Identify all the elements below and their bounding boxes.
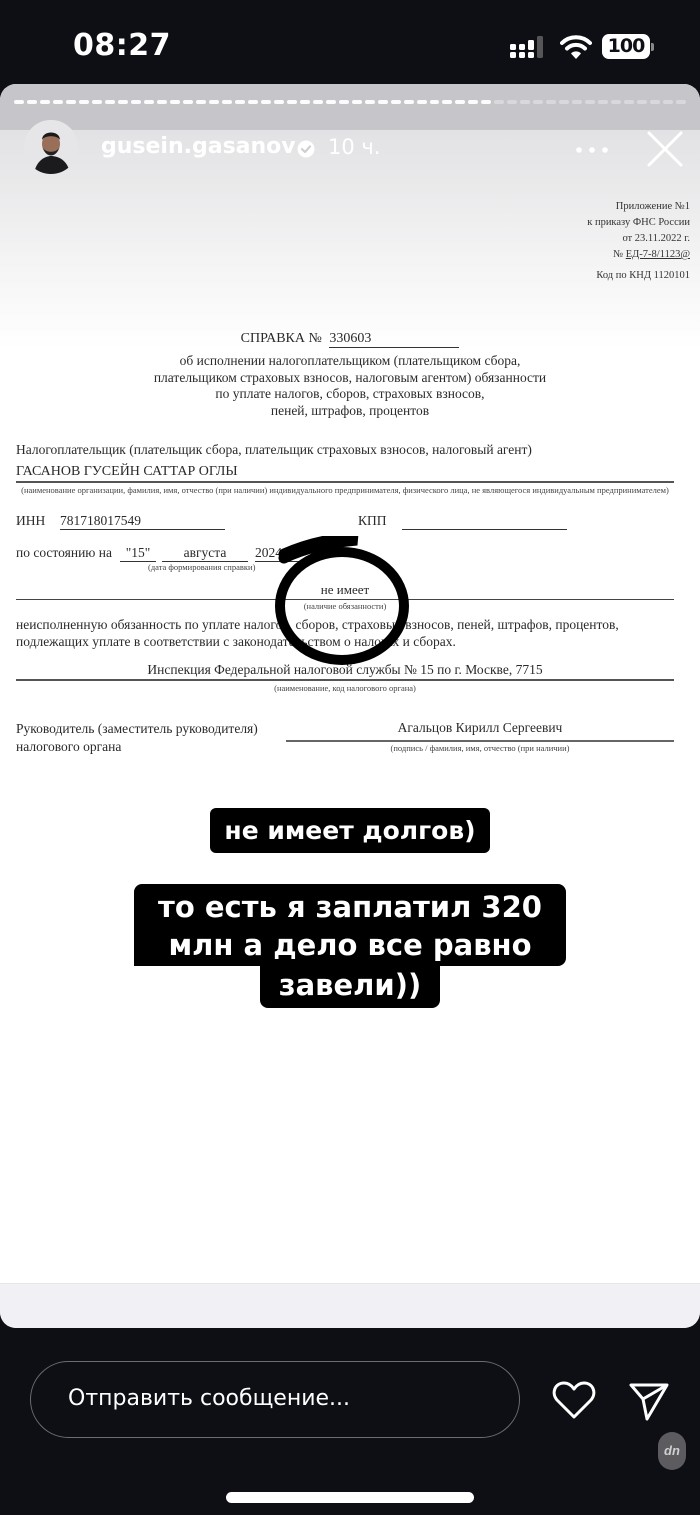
date-label: по состоянию на <box>16 545 112 561</box>
progress-segment <box>313 100 323 104</box>
close-icon[interactable] <box>646 130 684 168</box>
progress-segment <box>170 100 180 104</box>
story-progress-bar <box>14 100 686 104</box>
progress-segment <box>235 100 245 104</box>
progress-segment <box>520 100 530 104</box>
progress-segment <box>676 100 686 104</box>
taxpayer-label: Налогоплательщик (плательщик сбора, плат… <box>16 442 532 458</box>
send-message-input[interactable]: Отправить сообщение... <box>30 1361 520 1438</box>
appendix-line1: Приложение №1 <box>540 199 690 215</box>
progress-segment <box>248 100 258 104</box>
progress-segment <box>481 100 491 104</box>
progress-segment <box>66 100 76 104</box>
progress-segment <box>352 100 362 104</box>
story-username[interactable]: gusein.gasanov <box>101 134 296 159</box>
avatar[interactable] <box>24 120 78 174</box>
order-prefix: № <box>613 249 626 260</box>
head-label: Руководитель (заместитель руководителя) … <box>16 720 258 756</box>
appendix-block: Приложение №1 к приказу ФНС России от 23… <box>540 199 690 263</box>
kpp-label: КПП <box>358 513 387 529</box>
progress-segment <box>131 100 141 104</box>
date-day: "15" <box>120 545 156 562</box>
certificate-number: 330603 <box>329 331 459 348</box>
story-bottom-band <box>0 1283 700 1328</box>
progress-segment <box>378 100 388 104</box>
kpp-value <box>402 513 567 530</box>
progress-segment <box>326 100 336 104</box>
progress-segment <box>430 100 440 104</box>
story-caption-2: то есть я заплатил 320 млн а дело все ра… <box>134 884 566 1008</box>
tax-inspection-name: Инспекция Федеральной налоговой службы №… <box>16 662 674 681</box>
progress-segment <box>144 100 154 104</box>
story-viewer[interactable]: Приложение №1 к приказу ФНС России от 23… <box>0 84 700 1328</box>
progress-segment <box>455 100 465 104</box>
certificate-subtitle: об исполнении налогоплательщиком (плател… <box>0 353 700 419</box>
progress-segment <box>468 100 478 104</box>
caption-2-line-3: завели)) <box>260 966 440 1008</box>
progress-segment <box>442 100 452 104</box>
battery-level: 100 <box>602 34 650 59</box>
taxpayer-name: ГАСАНОВ ГУСЕЙН САТТАР ОГЛЫ <box>16 464 674 483</box>
progress-segment <box>339 100 349 104</box>
obligation-body-text: неисполненную обязанность по уплате нало… <box>16 616 676 650</box>
progress-segment <box>274 100 284 104</box>
title-prefix: СПРАВКА № <box>241 331 326 346</box>
status-bar: 08:27 100 <box>0 0 700 84</box>
caption-2-line-1: то есть я заплатил 320 <box>134 884 566 926</box>
caption-2-line-2: млн а дело все равно <box>134 926 566 966</box>
head-label-line2: налогового органа <box>16 738 258 756</box>
progress-segment <box>27 100 37 104</box>
send-icon[interactable] <box>628 1380 670 1422</box>
date-year: 2024 г. <box>255 545 307 562</box>
appendix-line4: № ЕД-7-8/1123@ <box>540 247 690 263</box>
battery-indicator: 100 <box>602 34 654 60</box>
certificate-title: СПРАВКА № 330603 <box>0 331 700 348</box>
taxpayer-hint: (наименование организации, фамилия, имя,… <box>16 485 674 496</box>
tax-inspection-hint: (наименование, код налогового органа) <box>16 683 674 693</box>
home-indicator[interactable] <box>226 1492 474 1503</box>
progress-segment <box>494 100 504 104</box>
inn-label: ИНН <box>16 513 45 529</box>
story-time-ago: 10 ч. <box>328 135 380 159</box>
obligation-value: не имеет <box>16 582 674 600</box>
heart-icon[interactable] <box>552 1380 596 1420</box>
verified-badge-icon <box>297 140 315 158</box>
progress-segment <box>209 100 219 104</box>
progress-segment <box>105 100 115 104</box>
date-hint: (дата формирования справки) <box>148 562 255 572</box>
progress-segment <box>222 100 232 104</box>
progress-segment <box>404 100 414 104</box>
progress-segment <box>611 100 621 104</box>
subtitle-line: об исполнении налогоплательщиком (плател… <box>0 353 700 370</box>
subtitle-line: пеней, штрафов, процентов <box>0 403 700 420</box>
progress-segment <box>546 100 556 104</box>
subtitle-line: по уплате налогов, сборов, страховых взн… <box>0 386 700 403</box>
progress-segment <box>79 100 89 104</box>
appendix-line2: к приказу ФНС России <box>540 215 690 231</box>
progress-segment <box>533 100 543 104</box>
more-options-icon[interactable] <box>576 147 608 153</box>
avatar-photo-icon <box>24 120 78 174</box>
order-code: ЕД-7-8/1123@ <box>626 249 690 260</box>
progress-segment <box>585 100 595 104</box>
progress-segment <box>391 100 401 104</box>
progress-segment <box>92 100 102 104</box>
watermark-logo: dn <box>658 1432 686 1470</box>
progress-segment <box>183 100 193 104</box>
progress-segment <box>157 100 167 104</box>
inn-value: 781718017549 <box>60 513 225 530</box>
appendix-line3: от 23.11.2022 г. <box>540 231 690 247</box>
knd-code: Код по КНД 1120101 <box>560 270 690 281</box>
progress-segment <box>261 100 271 104</box>
head-hint: (подпись / фамилия, имя, отчество (при н… <box>286 743 674 753</box>
cellular-signal-icon <box>510 36 548 60</box>
story-caption-1: не имеет долгов) <box>210 808 490 853</box>
head-label-line1: Руководитель (заместитель руководителя) <box>16 720 258 738</box>
wifi-icon <box>560 34 592 60</box>
progress-segment <box>14 100 24 104</box>
story-header-shade <box>0 84 700 130</box>
progress-segment <box>300 100 310 104</box>
progress-segment <box>196 100 206 104</box>
date-month: августа <box>162 545 248 562</box>
progress-segment <box>559 100 569 104</box>
obligation-hint: (наличие обязанности) <box>16 601 674 611</box>
head-name: Агальцов Кирилл Сергеевич <box>286 720 674 742</box>
progress-segment <box>637 100 647 104</box>
progress-segment <box>365 100 375 104</box>
progress-segment <box>507 100 517 104</box>
subtitle-line: плательщиком страховых взносов, налоговы… <box>0 370 700 387</box>
progress-segment <box>572 100 582 104</box>
progress-segment <box>650 100 660 104</box>
progress-segment <box>663 100 673 104</box>
progress-segment <box>417 100 427 104</box>
send-message-placeholder: Отправить сообщение... <box>68 1386 350 1411</box>
progress-segment <box>53 100 63 104</box>
battery-nub <box>651 43 654 51</box>
progress-segment <box>118 100 128 104</box>
progress-segment <box>40 100 50 104</box>
progress-segment <box>624 100 634 104</box>
progress-segment <box>598 100 608 104</box>
status-time: 08:27 <box>73 28 171 63</box>
progress-segment <box>287 100 297 104</box>
